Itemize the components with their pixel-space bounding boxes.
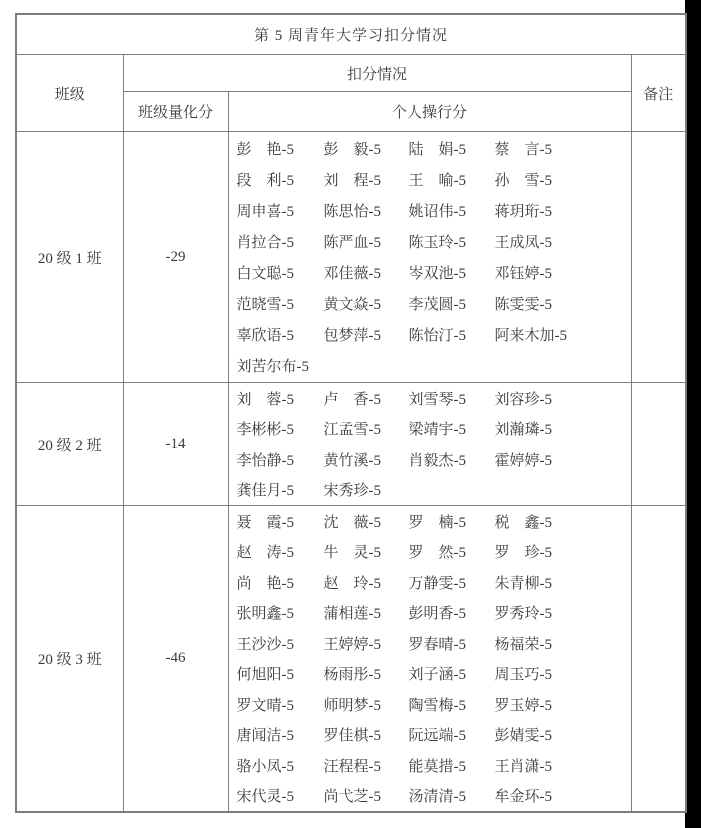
student-name: 白文聪-5 bbox=[237, 262, 324, 283]
student-name: 张明鑫-5 bbox=[237, 602, 324, 623]
student-name: 霍婷婷-5 bbox=[495, 449, 631, 470]
student-name: 陈玉玲-5 bbox=[409, 231, 495, 252]
student-name: 唐闻洁-5 bbox=[237, 724, 324, 745]
student-name: 罗 然-5 bbox=[409, 541, 495, 562]
student-name: 尚弋芝-5 bbox=[324, 785, 409, 806]
table-row-class-3: 20 级 3 班 -46 聂 霞-5沈 薇-5罗 楠-5税 鑫-5赵 涛-5牛 … bbox=[16, 506, 686, 813]
student-name: 汪程程-5 bbox=[324, 755, 409, 776]
student-name: 肖拉合-5 bbox=[237, 231, 324, 252]
table-row-class-2: 20 级 2 班 -14 刘 蓉-5卢 香-5刘雪琴-5刘容珍-5李彬彬-5江孟… bbox=[16, 383, 686, 506]
student-name: 聂 霞-5 bbox=[237, 511, 324, 532]
document-page: 第 5 周青年大学习扣分情况 班级 扣分情况 备注 班级量化分 个人操行分 20… bbox=[15, 13, 687, 813]
column-header-remark: 备注 bbox=[631, 55, 686, 132]
student-name: 邓佳薇-5 bbox=[324, 262, 409, 283]
student-name: 罗玉婷-5 bbox=[495, 694, 631, 715]
student-name: 王肖潇-5 bbox=[495, 755, 631, 776]
student-name: 刘瀚璘-5 bbox=[495, 418, 631, 439]
student-name: 刘苦尔布-5 bbox=[237, 355, 324, 376]
table-row-class-1: 20 级 1 班 -29 彭 艳-5彭 毅-5陆 娟-5蔡 言-5段 利-5刘 … bbox=[16, 132, 686, 383]
student-name: 牛 灵-5 bbox=[324, 541, 409, 562]
student-name: 刘 蓉-5 bbox=[237, 388, 324, 409]
student-name: 江孟雪-5 bbox=[324, 418, 409, 439]
student-name: 范晓雪-5 bbox=[237, 293, 324, 314]
student-name: 赵 玲-5 bbox=[324, 572, 409, 593]
deduction-table: 第 5 周青年大学习扣分情况 班级 扣分情况 备注 班级量化分 个人操行分 20… bbox=[15, 13, 687, 813]
students-grid: 彭 艳-5彭 毅-5陆 娟-5蔡 言-5段 利-5刘 程-5王 喻-5孙 雪-5… bbox=[229, 133, 631, 381]
class-label: 20 级 1 班 bbox=[16, 132, 123, 383]
student-name: 刘 程-5 bbox=[324, 169, 409, 190]
student-name: 彭婧雯-5 bbox=[495, 724, 631, 745]
class-quant-score: -46 bbox=[123, 506, 228, 813]
class-label: 20 级 2 班 bbox=[16, 383, 123, 506]
column-header-quant-score: 班级量化分 bbox=[123, 92, 228, 132]
student-name: 罗春晴-5 bbox=[409, 633, 495, 654]
student-name: 能莫措-5 bbox=[409, 755, 495, 776]
column-header-class: 班级 bbox=[16, 55, 123, 132]
student-name: 段 利-5 bbox=[237, 169, 324, 190]
student-name: 王成凤-5 bbox=[495, 231, 631, 252]
student-name: 陈雯雯-5 bbox=[495, 293, 631, 314]
student-name: 邓钰婷-5 bbox=[495, 262, 631, 283]
student-name: 李怡静-5 bbox=[237, 449, 324, 470]
column-header-personal-score: 个人操行分 bbox=[228, 92, 631, 132]
student-name: 阿来木加-5 bbox=[495, 324, 631, 345]
student-name: 卢 香-5 bbox=[324, 388, 409, 409]
student-name: 蒋玥珩-5 bbox=[495, 200, 631, 221]
student-name: 何旭阳-5 bbox=[237, 663, 324, 684]
student-name: 蔡 言-5 bbox=[495, 138, 631, 159]
student-name: 牟金环-5 bbox=[495, 785, 631, 806]
students-grid: 刘 蓉-5卢 香-5刘雪琴-5刘容珍-5李彬彬-5江孟雪-5梁靖宇-5刘瀚璘-5… bbox=[229, 383, 631, 505]
student-name: 彭明香-5 bbox=[409, 602, 495, 623]
student-name: 汤清清-5 bbox=[409, 785, 495, 806]
student-name: 彭 毅-5 bbox=[324, 138, 409, 159]
student-name: 刘子涵-5 bbox=[409, 663, 495, 684]
student-name: 沈 薇-5 bbox=[324, 511, 409, 532]
student-name: 王婷婷-5 bbox=[324, 633, 409, 654]
student-name: 周玉巧-5 bbox=[495, 663, 631, 684]
student-name: 陆 娟-5 bbox=[409, 138, 495, 159]
student-name: 周申喜-5 bbox=[237, 200, 324, 221]
student-name: 李茂圆-5 bbox=[409, 293, 495, 314]
header-row: 班级 扣分情况 备注 bbox=[16, 55, 686, 92]
student-name: 罗佳棋-5 bbox=[324, 724, 409, 745]
student-name: 孙 雪-5 bbox=[495, 169, 631, 190]
remark-cell bbox=[631, 132, 686, 383]
student-name: 税 鑫-5 bbox=[495, 511, 631, 532]
student-name: 姚诏伟-5 bbox=[409, 200, 495, 221]
students-grid: 聂 霞-5沈 薇-5罗 楠-5税 鑫-5赵 涛-5牛 灵-5罗 然-5罗 珍-5… bbox=[229, 506, 631, 811]
class-quant-score: -29 bbox=[123, 132, 228, 383]
remark-cell bbox=[631, 506, 686, 813]
right-scan-strip bbox=[685, 0, 701, 828]
student-name: 罗秀玲-5 bbox=[495, 602, 631, 623]
student-name: 李彬彬-5 bbox=[237, 418, 324, 439]
student-name: 陈思怡-5 bbox=[324, 200, 409, 221]
remark-cell bbox=[631, 383, 686, 506]
class-label: 20 级 3 班 bbox=[16, 506, 123, 813]
student-name: 罗 楠-5 bbox=[409, 511, 495, 532]
student-name: 彭 艳-5 bbox=[237, 138, 324, 159]
student-name: 宋代灵-5 bbox=[237, 785, 324, 806]
student-name: 陈严血-5 bbox=[324, 231, 409, 252]
table-title: 第 5 周青年大学习扣分情况 bbox=[16, 14, 686, 55]
class-quant-score: -14 bbox=[123, 383, 228, 506]
students-cell: 聂 霞-5沈 薇-5罗 楠-5税 鑫-5赵 涛-5牛 灵-5罗 然-5罗 珍-5… bbox=[228, 506, 631, 813]
column-header-deduction: 扣分情况 bbox=[123, 55, 631, 92]
student-name: 罗 珍-5 bbox=[495, 541, 631, 562]
student-name: 肖毅杰-5 bbox=[409, 449, 495, 470]
student-name: 杨雨彤-5 bbox=[324, 663, 409, 684]
student-name: 陶雪梅-5 bbox=[409, 694, 495, 715]
student-name: 赵 涛-5 bbox=[237, 541, 324, 562]
student-name: 师明梦-5 bbox=[324, 694, 409, 715]
student-name: 陈怡汀-5 bbox=[409, 324, 495, 345]
student-name: 宋秀珍-5 bbox=[324, 479, 409, 500]
student-name: 万静雯-5 bbox=[409, 572, 495, 593]
student-name: 罗文晴-5 bbox=[237, 694, 324, 715]
student-name: 尚 艳-5 bbox=[237, 572, 324, 593]
students-cell: 刘 蓉-5卢 香-5刘雪琴-5刘容珍-5李彬彬-5江孟雪-5梁靖宇-5刘瀚璘-5… bbox=[228, 383, 631, 506]
student-name: 岑双池-5 bbox=[409, 262, 495, 283]
student-name: 骆小凤-5 bbox=[237, 755, 324, 776]
student-name: 包梦萍-5 bbox=[324, 324, 409, 345]
student-name: 梁靖宇-5 bbox=[409, 418, 495, 439]
student-name: 黄竹溪-5 bbox=[324, 449, 409, 470]
student-name: 黄文焱-5 bbox=[324, 293, 409, 314]
student-name: 辜欣语-5 bbox=[237, 324, 324, 345]
student-name: 朱青柳-5 bbox=[495, 572, 631, 593]
student-name: 龚佳月-5 bbox=[237, 479, 324, 500]
student-name: 王 喻-5 bbox=[409, 169, 495, 190]
title-row: 第 5 周青年大学习扣分情况 bbox=[16, 14, 686, 55]
student-name: 杨福荣-5 bbox=[495, 633, 631, 654]
student-name: 王沙沙-5 bbox=[237, 633, 324, 654]
students-cell: 彭 艳-5彭 毅-5陆 娟-5蔡 言-5段 利-5刘 程-5王 喻-5孙 雪-5… bbox=[228, 132, 631, 383]
student-name: 阮远端-5 bbox=[409, 724, 495, 745]
student-name: 蒲相莲-5 bbox=[324, 602, 409, 623]
student-name: 刘雪琴-5 bbox=[409, 388, 495, 409]
student-name: 刘容珍-5 bbox=[495, 388, 631, 409]
